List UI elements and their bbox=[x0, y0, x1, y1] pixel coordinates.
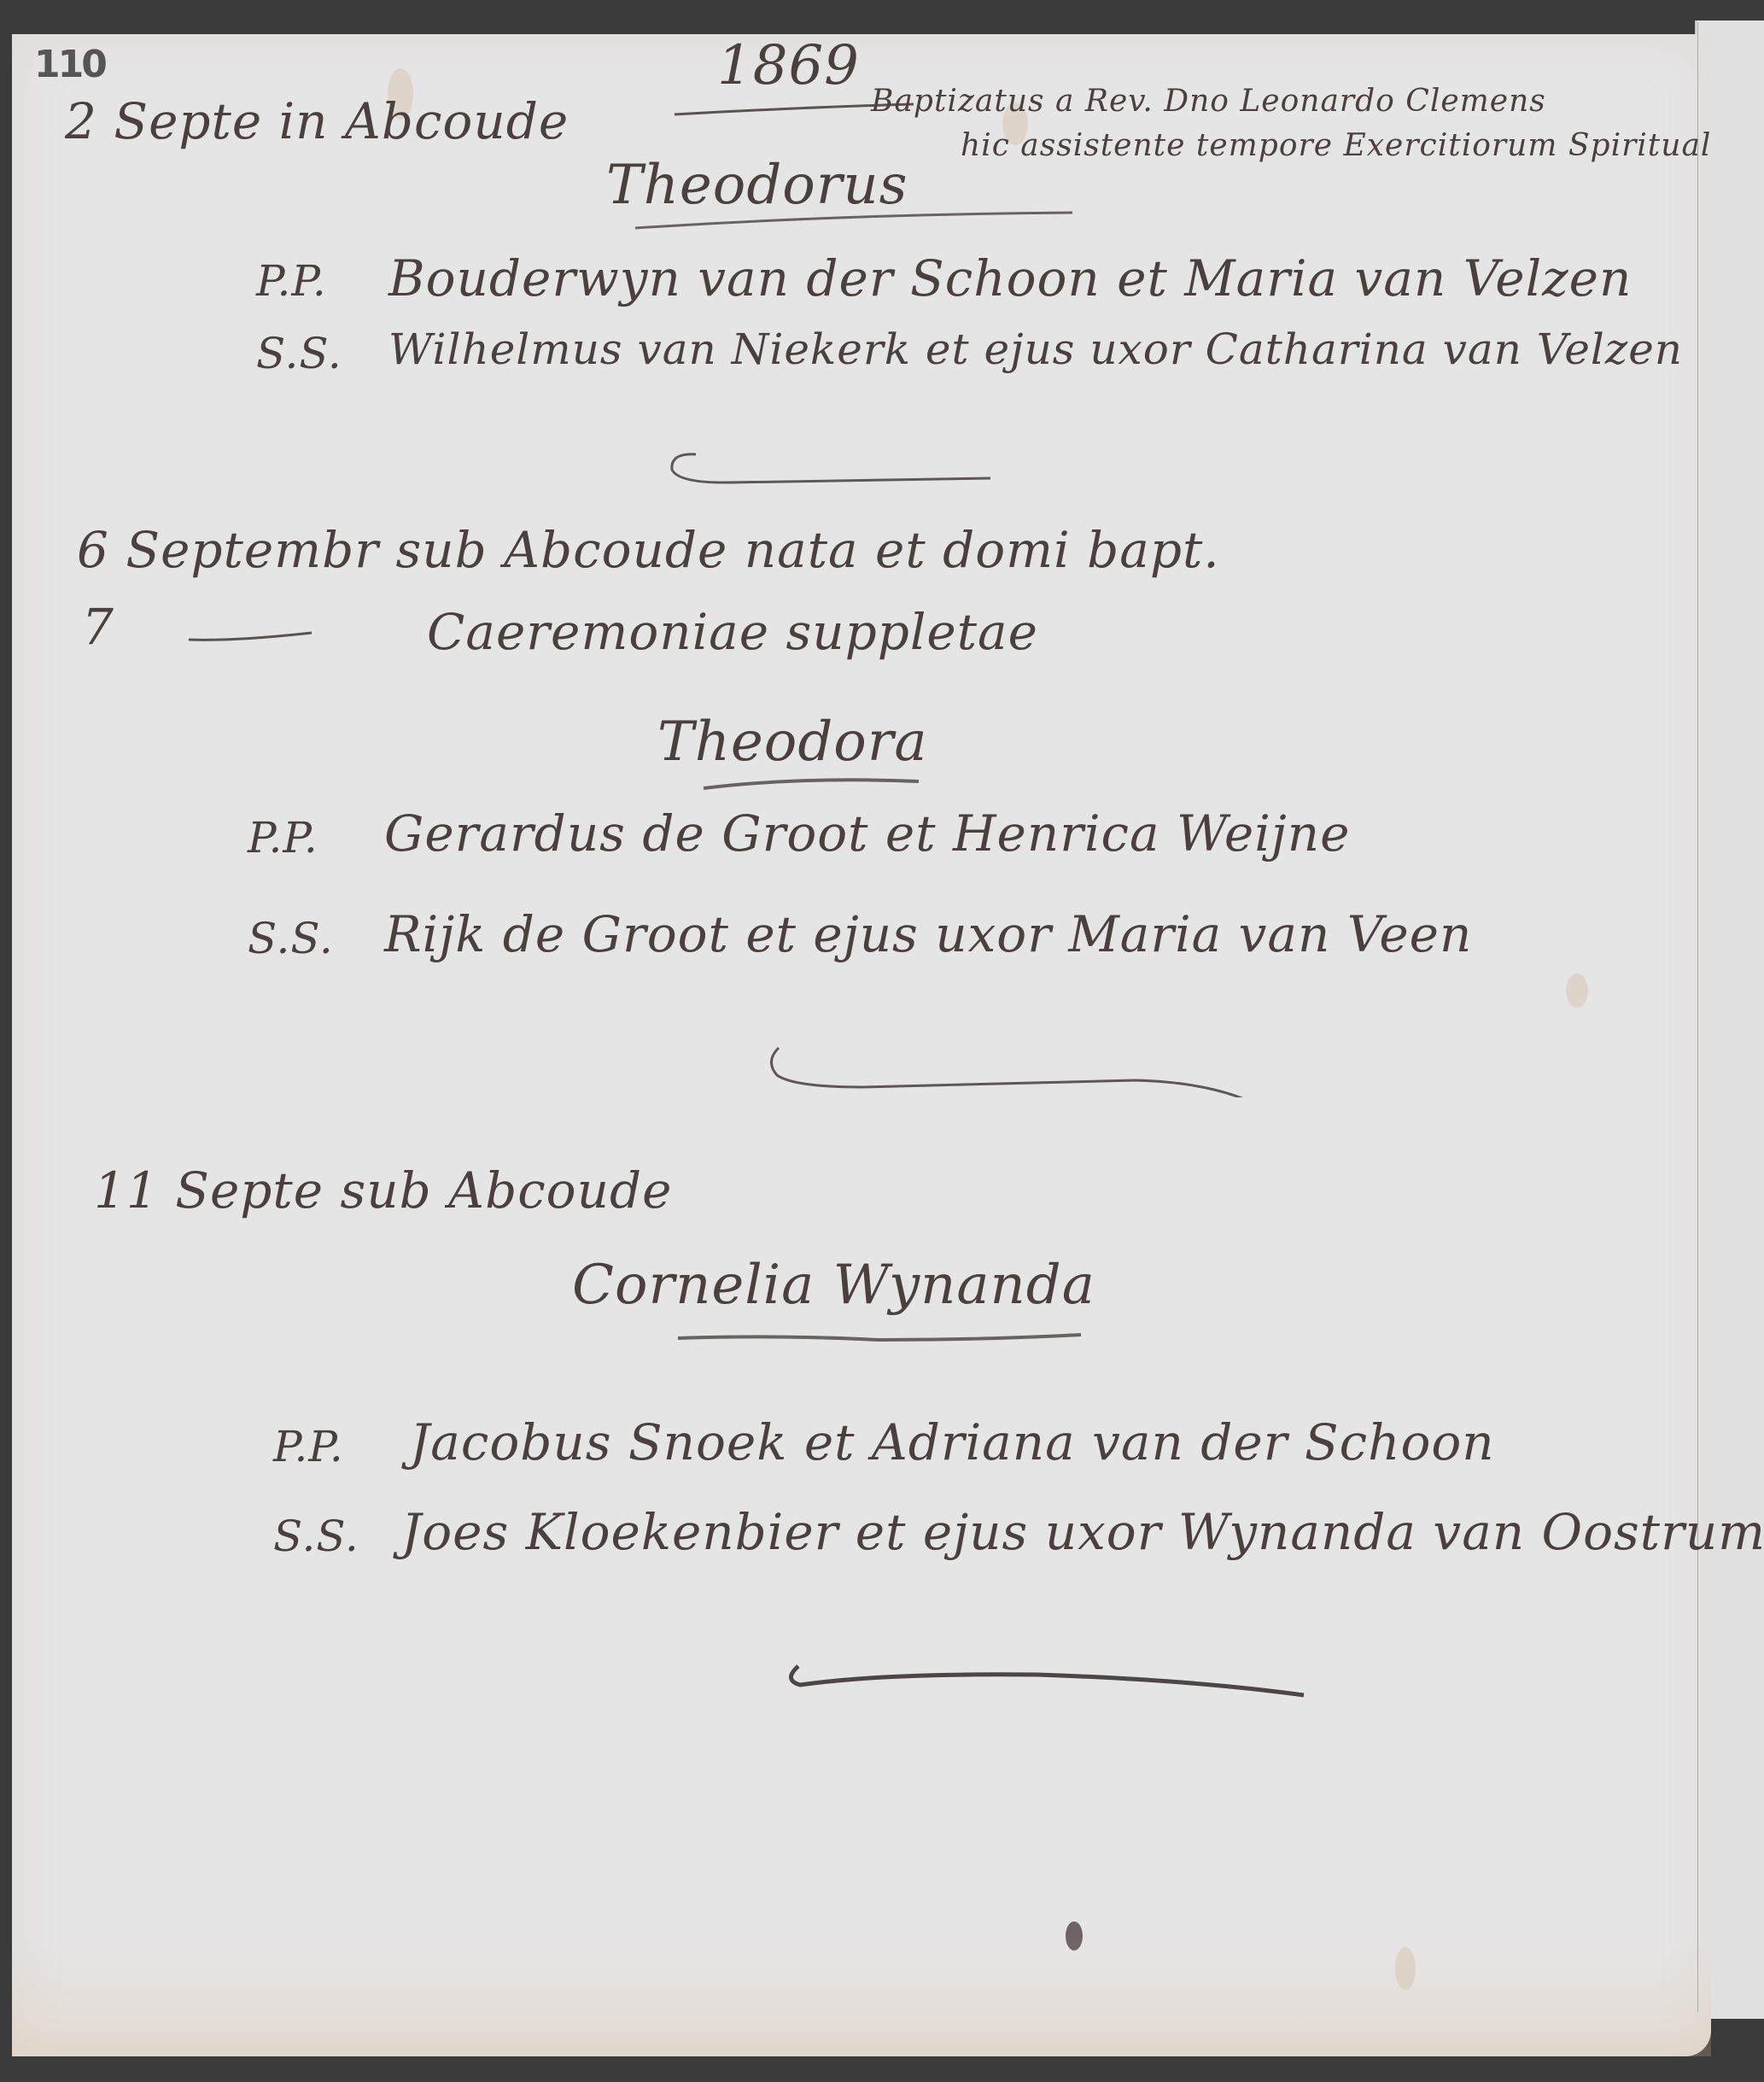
entry-3-sponsors: Joes Kloekenbier et ejus uxor Wynanda va… bbox=[401, 1503, 1764, 1561]
child-name-underline bbox=[700, 773, 922, 793]
entry-2-parents-label: P.P. bbox=[248, 813, 318, 863]
entry-1-note-line-2: hic assistente tempore Exercitiorum Spir… bbox=[961, 128, 1711, 163]
entry-3-parents-label: P.P. bbox=[273, 1422, 344, 1471]
ink-blot bbox=[1066, 1921, 1083, 1950]
entry-2-parents: Gerardus de Groot et Henrica Weijne bbox=[384, 804, 1350, 863]
entry-1-sponsors-label: S.S. bbox=[256, 329, 342, 378]
entry-2-child-name: Theodora bbox=[657, 711, 928, 774]
entry-2-sponsors-label: S.S. bbox=[248, 914, 334, 963]
entry-1-date: 2 Septe in Abcoude bbox=[65, 92, 569, 150]
dash-mark bbox=[184, 628, 320, 645]
paper-stain bbox=[1566, 974, 1588, 1008]
entry-separator-flourish bbox=[760, 1038, 1255, 1097]
entry-3-sponsors-label: S.S. bbox=[273, 1512, 359, 1561]
paper-stain bbox=[1395, 1947, 1416, 1990]
entry-1-parents-label: P.P. bbox=[256, 256, 327, 306]
page-gutter bbox=[1697, 22, 1698, 2012]
entry-1-note-line-1: Baptizatus a Rev. Dno Leonardo Clemens bbox=[871, 84, 1546, 119]
folio-number: 110 bbox=[34, 43, 105, 86]
child-name-underline bbox=[632, 209, 1076, 235]
entry-2-ceremony-note: Caeremoniae suppletae bbox=[427, 603, 1038, 661]
entry-separator-flourish bbox=[653, 436, 995, 487]
entry-2-sponsors: Rijk de Groot et ejus uxor Maria van Vee… bbox=[384, 905, 1472, 963]
child-name-underline bbox=[675, 1328, 1084, 1348]
entry-1-parents: Bouderwyn van der Schoon et Maria van Ve… bbox=[388, 249, 1632, 307]
entry-3-parents: Jacobus Snoek et Adriana van der Schoon bbox=[410, 1413, 1495, 1471]
entry-3-child-name: Cornelia Wynanda bbox=[572, 1254, 1095, 1317]
entry-2-date-secondary: 7 bbox=[82, 598, 114, 656]
entry-3-date: 11 Septe sub Abcoude bbox=[94, 1161, 672, 1219]
entry-1-sponsors: Wilhelmus van Niekerk et ejus uxor Catha… bbox=[388, 325, 1683, 374]
year-header: 1869 bbox=[717, 34, 860, 97]
entry-2-date: 6 Septembr sub Abcoude nata et domi bapt… bbox=[77, 521, 1220, 579]
entry-1-child-name: Theodorus bbox=[606, 154, 908, 217]
entry-separator-flourish bbox=[781, 1661, 1311, 1704]
